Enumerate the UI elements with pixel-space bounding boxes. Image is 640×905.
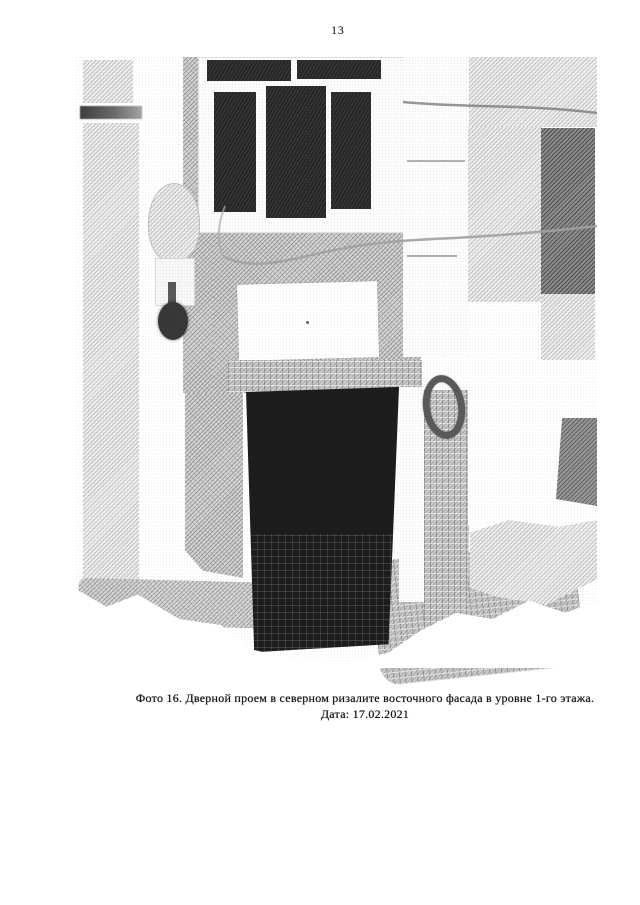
caption-text: Фото 16. Дверной проем в северном ризали…: [90, 690, 640, 706]
photo-caption: Фото 16. Дверной проем в северном ризали…: [90, 690, 640, 722]
page-number: 13: [18, 25, 640, 37]
caption-date: Дата: 17.02.2021: [90, 706, 640, 722]
photo-halftone-noise: [75, 56, 597, 668]
building-photo: [75, 56, 597, 668]
